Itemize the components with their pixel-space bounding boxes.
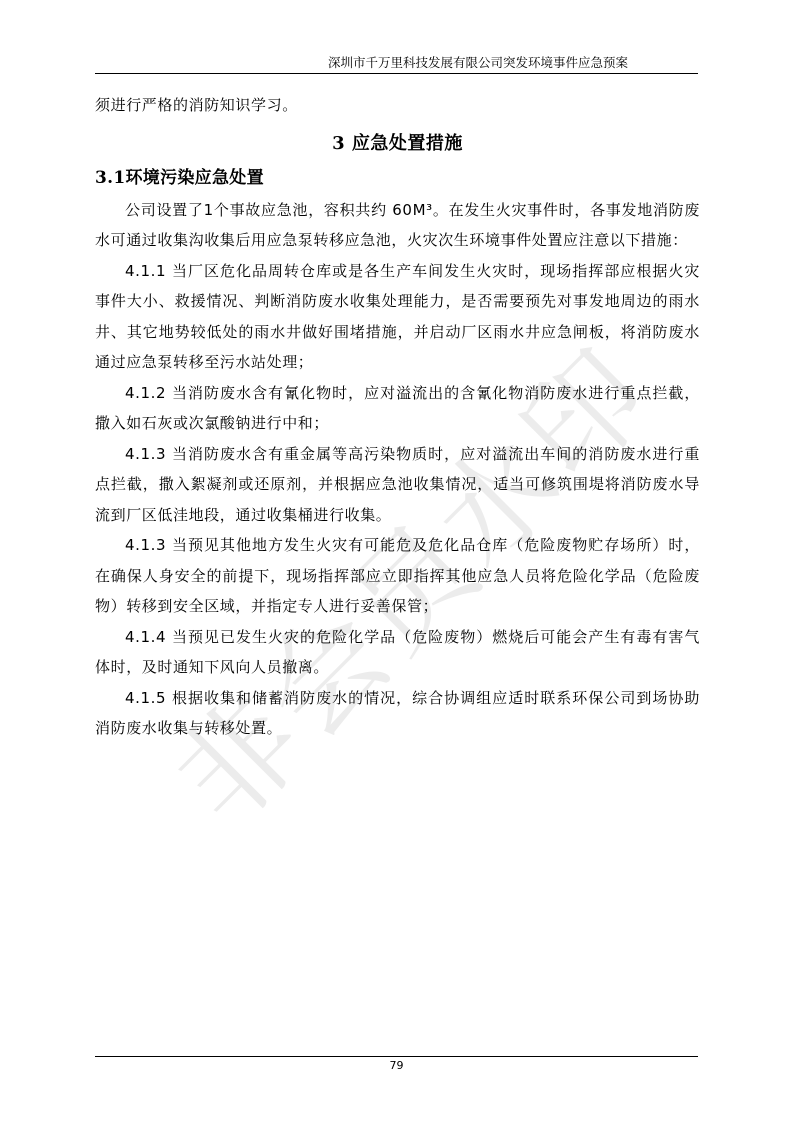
page-number: 79 xyxy=(95,1059,698,1073)
measure-item: 4.1.1 当厂区危化品周转仓库或是各生产车间发生火灾时，现场指挥部应根据火灾事… xyxy=(95,256,700,378)
document-body: 须进行严格的消防知识学习。 3 应急处置措施 3.1环境污染应急处置 公司设置了… xyxy=(95,90,700,744)
chapter-title: 3 应急处置措施 xyxy=(95,127,700,161)
measure-item: 4.1.4 当预见已发生火灾的危险化学品（危险废物）燃烧后可能会产生有毒有害气体… xyxy=(95,622,700,683)
section-title: 3.1环境污染应急处置 xyxy=(95,161,700,195)
document-page: 深圳市千万里科技发展有限公司突发环境事件应急预案 非会员水印 须进行严格的消防知… xyxy=(0,0,793,1122)
intro-paragraph: 公司设置了1个事故应急池，容积共约 60M³。在发生火灾事件时，各事发地消防废水… xyxy=(95,195,700,256)
header-divider xyxy=(95,73,698,74)
footer-divider xyxy=(95,1056,698,1057)
measure-item: 4.1.3 当消防废水含有重金属等高污染物质时，应对溢流出车间的消防废水进行重点… xyxy=(95,439,700,531)
measure-item: 4.1.5 根据收集和储蓄消防废水的情况，综合协调组应适时联系环保公司到场协助消… xyxy=(95,683,700,744)
running-header: 深圳市千万里科技发展有限公司突发环境事件应急预案 xyxy=(95,55,698,71)
continuation-paragraph: 须进行严格的消防知识学习。 xyxy=(95,90,700,121)
measure-item: 4.1.3 当预见其他地方发生火灾有可能危及危化品仓库（危险废物贮存场所）时，在… xyxy=(95,530,700,622)
measure-item: 4.1.2 当消防废水含有氰化物时，应对溢流出的含氰化物消防废水进行重点拦截，撒… xyxy=(95,378,700,439)
